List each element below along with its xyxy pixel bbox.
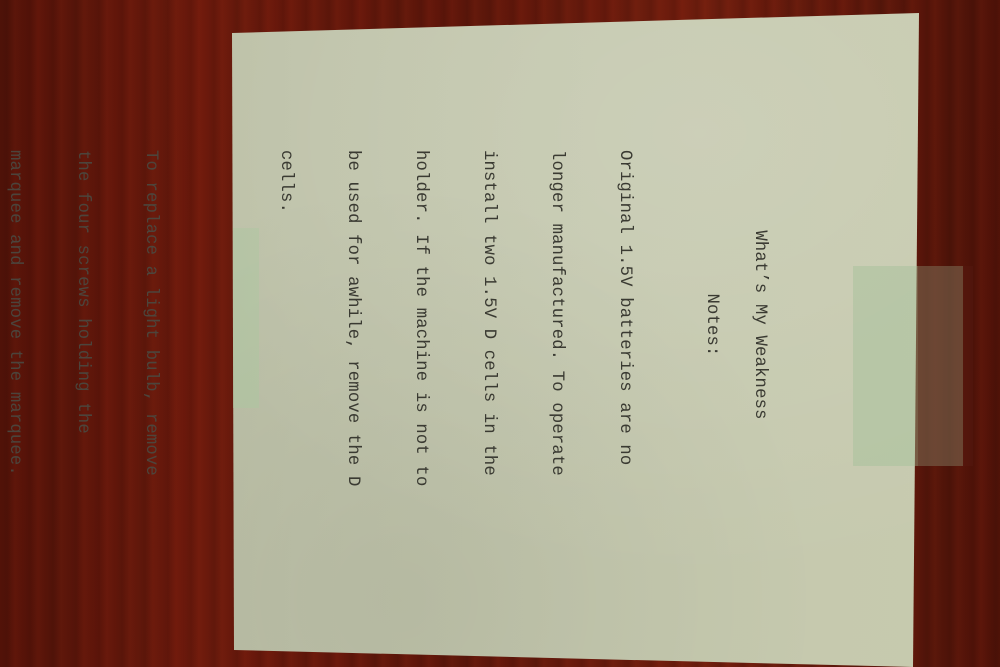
tape-strip-right-over-wood <box>918 266 973 466</box>
text-line: cells. <box>273 150 296 600</box>
text-line: marquee and remove the marquee. <box>3 150 26 600</box>
note-title: What’s My Weakness <box>747 150 770 440</box>
text-line: Original 1.5V batteries are no <box>612 150 635 600</box>
text-line: To replace a light bulb, remove <box>138 150 161 600</box>
text-line: install two 1.5V D cells in the <box>476 150 499 600</box>
note-text-block: What’s My Weakness Notes: Original 1.5V … <box>0 150 770 600</box>
note-subtitle: Notes: <box>700 150 723 440</box>
paragraph-light-bulb: To replace a light bulb, remove the four… <box>0 150 206 600</box>
paragraph-batteries: Original 1.5V batteries are no longer ma… <box>228 150 680 600</box>
text-line: holder. If the machine is not to <box>409 150 432 600</box>
text-line: be used for awhile, remove the D <box>341 150 364 600</box>
text-line: longer manufactured. To operate <box>544 150 567 600</box>
text-line: the four screws holding the <box>70 150 93 600</box>
